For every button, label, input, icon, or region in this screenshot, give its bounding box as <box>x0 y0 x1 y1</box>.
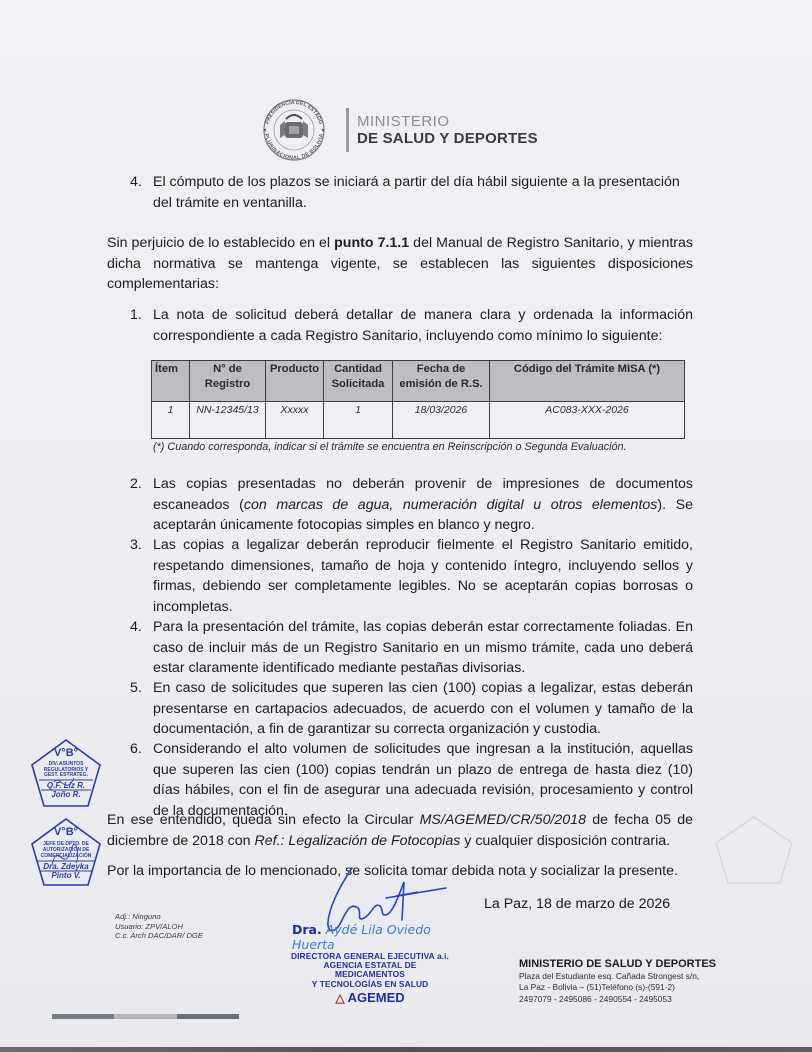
cell-item: 1 <box>152 402 190 439</box>
stamp-1-division: DIV. ASUNTOS REGULATORIOS Y GEST. ESTRAT… <box>30 762 102 779</box>
p2-text: En ese entendido, queda sin efecto la Ci… <box>107 812 420 828</box>
contact-city-phone: La Paz - Bolivia – (51)Teléfono (s)-(591… <box>519 982 716 993</box>
table-header-row: Ítem N° de Registro Producto Cantidad So… <box>152 361 685 402</box>
signer-stamp: Dra. Aydé Lila Oviedo Huerta DIRECTORA G… <box>290 922 450 1005</box>
agemed-label: AGEMED <box>348 990 405 1005</box>
ministry-line-2: DE SALUD Y DEPORTES <box>357 131 538 146</box>
stamp-1-line: GEST. ESTRATEG. <box>30 773 102 779</box>
stamp-1-signer-line: Joño R. <box>30 790 102 799</box>
request-requirements-table: Ítem N° de Registro Producto Cantidad So… <box>151 360 685 439</box>
paragraph-provisions-intro: Sin perjuicio de lo establecido en el pu… <box>107 233 693 295</box>
strip-segment <box>52 1014 114 1019</box>
p2-text-3: y cualquier disposición contraria. <box>460 833 670 849</box>
d2-italic: con marcas de agua, numeración digital u… <box>244 497 658 513</box>
signer-agency-1: AGENCIA ESTATAL DE MEDICAMENTOS <box>290 961 450 979</box>
strip-segment <box>114 1014 176 1019</box>
stamp-2-line: COMERCIALIZACIÓN <box>30 853 102 859</box>
table-footnote: (*) Cuando corresponda, indicar si el tr… <box>153 441 627 453</box>
cell-codigo: AC083-XXX-2026 <box>490 402 685 439</box>
list-number: 4. <box>130 172 142 193</box>
state-seal-icon: PRESIDENCIA DEL ESTADO PLURINACIONAL DE … <box>256 97 332 163</box>
document-page: PRESIDENCIA DEL ESTADO PLURINACIONAL DE … <box>0 0 812 1052</box>
p2-ref-subject: Ref.: Legalización de Fotocopias <box>255 833 461 849</box>
stamp-2-signer-line: Dra. Zdeyka <box>30 862 102 871</box>
stamp-1-vb: V°B° <box>30 748 102 759</box>
strip-segment <box>177 1014 239 1019</box>
disposition-2: Las copias presentadas no deberán proven… <box>153 474 693 536</box>
col-header-item: Ítem <box>152 361 190 402</box>
footer-color-strip <box>52 1014 239 1019</box>
faint-bleedthrough-stamp-icon <box>714 815 794 885</box>
contact-address: Plaza del Estudiante esq. Cañada Stronge… <box>519 971 716 982</box>
intro-item-4-line1: El cómputo de los plazos se iniciará a p… <box>153 172 693 193</box>
col-header-fecha: Fecha de emisión de R.S. <box>393 361 490 402</box>
list-number: 3. <box>130 535 142 556</box>
list-number: 6. <box>130 739 142 760</box>
disposition-1: La nota de solicitud deberá detallar de … <box>153 305 693 346</box>
meta-user: Usuario: ZPV/ALOH <box>115 922 203 932</box>
header-divider <box>346 108 349 152</box>
signer-agency-2: Y TECNOLOGÍAS EN SALUD <box>290 980 450 989</box>
agemed-logo: △AGEMED <box>290 990 450 1005</box>
table-row: 1 NN-12345/13 Xxxxx 1 18/03/2026 AC083-X… <box>152 402 685 439</box>
scan-edge <box>0 1047 812 1052</box>
disposition-4: Para la presentación del trámite, las co… <box>153 617 693 679</box>
paragraph-revocation: En ese entendido, queda sin efecto la Ci… <box>107 810 693 851</box>
cell-registro: NN-12345/13 <box>190 402 266 439</box>
col-header-registro: N° de Registro <box>190 361 266 402</box>
list-number: 1. <box>130 305 142 326</box>
intro-item-4-line2: del trámite en ventanilla. <box>153 193 693 214</box>
letterhead: PRESIDENCIA DEL ESTADO PLURINACIONAL DE … <box>256 97 538 163</box>
stamp-2-signer-line: Pinto V. <box>30 871 102 880</box>
p1-text: Sin perjuicio de lo establecido en el <box>107 235 334 251</box>
stamp-1-signer: Q.F. Liz R. Joño R. <box>30 781 102 799</box>
cell-producto: Xxxxx <box>266 402 324 439</box>
cell-fecha: 18/03/2026 <box>393 402 490 439</box>
disposition-5: En caso de solicitudes que superen las c… <box>153 678 693 740</box>
stamp-2-vb: V°B° <box>30 827 102 838</box>
cell-cantidad: 1 <box>324 402 393 439</box>
col-header-producto: Producto <box>266 361 324 402</box>
ministry-line-1: MINISTERIO <box>357 114 538 129</box>
place-date: La Paz, 18 de marzo de 2026 <box>484 896 670 912</box>
document-meta: Adj.: Ninguno Usuario: ZPV/ALOH C.c. Arc… <box>115 912 203 941</box>
agemed-logo-icon: △ <box>335 991 344 1005</box>
list-number: 4. <box>130 617 142 638</box>
contact-block: MINISTERIO DE SALUD Y DEPORTES Plaza del… <box>519 958 716 1005</box>
signer-title: Dra. <box>292 922 322 937</box>
contact-org: MINISTERIO DE SALUD Y DEPORTES <box>519 958 716 971</box>
p1-bold-reference: punto 7.1.1 <box>334 235 409 251</box>
disposition-3: Las copias a legalizar deberán reproduci… <box>153 535 693 617</box>
approval-stamp-1: V°B° DIV. ASUNTOS REGULATORIOS Y GEST. E… <box>30 738 102 810</box>
list-number: 2. <box>130 474 142 495</box>
col-header-cantidad: Cantidad Solicitada <box>324 361 393 402</box>
stamp-1-signer-line: Q.F. Liz R. <box>30 781 102 790</box>
stamp-2-division: JEFE DE DPTO. DE AUTORIZACIÓN DE COMERCI… <box>30 841 102 859</box>
p2-circular-ref: MS/AGEMED/CR/50/2018 <box>420 812 586 828</box>
svg-text:PRESIDENCIA DEL ESTADO: PRESIDENCIA DEL ESTADO <box>265 100 324 125</box>
meta-cc: C.c. Arch DAC/DAR/ DGE <box>115 931 203 941</box>
list-number: 5. <box>130 678 142 699</box>
col-header-codigo: Código del Trámite MISA (*) <box>490 361 685 402</box>
intro-item-4: El cómputo de los plazos se iniciará a p… <box>153 172 693 213</box>
approval-stamp-2: V°B° JEFE DE DPTO. DE AUTORIZACIÓN DE CO… <box>30 817 102 889</box>
disposition-6: Considerando el alto volumen de solicitu… <box>153 739 693 821</box>
meta-attachments: Adj.: Ninguno <box>115 912 203 922</box>
signer-name: Dra. Aydé Lila Oviedo Huerta <box>290 922 450 952</box>
stamp-2-signer: Dra. Zdeyka Pinto V. <box>30 862 102 880</box>
contact-phones: 2497079 - 2495086 - 2490554 - 2495053 <box>519 994 716 1005</box>
